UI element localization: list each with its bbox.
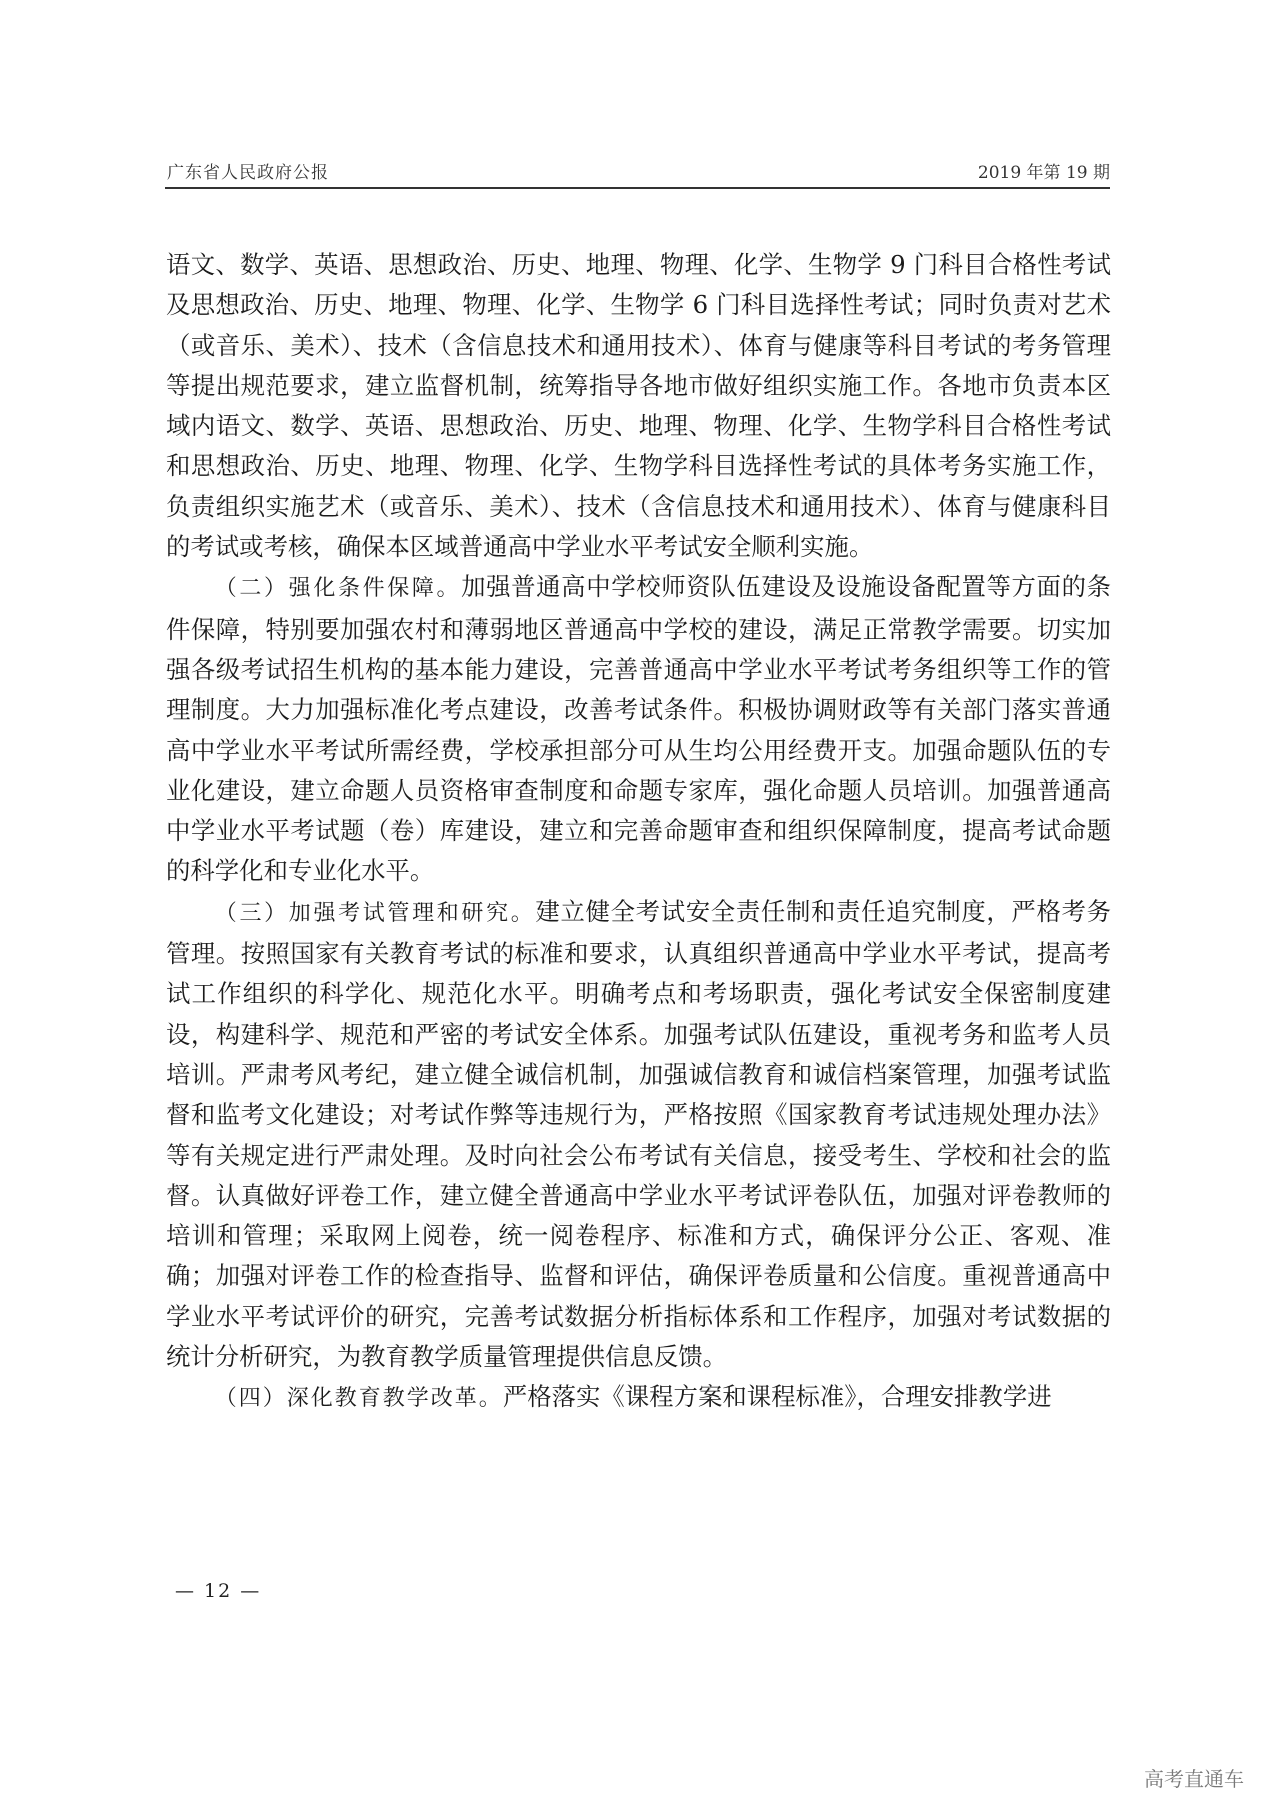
publication-title: 广东省人民政府公报 [167,158,329,183]
header-divider [165,187,1110,189]
paragraph-text: 严格落实《课程方案和课程标准》，合理安排教学进 [503,1382,1052,1411]
paragraph-continuation: 语文、数学、英语、思想政治、历史、地理、物理、化学、生物学 9 门科目合格性考试… [166,245,1111,567]
page-number: — 12 — [175,1580,261,1602]
paragraph-text: 语文、数学、英语、思想政治、历史、地理、物理、化学、生物学 9 门科目合格性考试… [166,250,1111,561]
section-heading: （四）深化教育教学改革。 [215,1386,503,1411]
running-header: 广东省人民政府公报 2019 年第 19 期 [165,158,1110,182]
paragraph-text: 建立健全考试安全责任制和责任追究制度，严格考务管理。按照国家有关教育考试的标准和… [166,897,1111,1371]
issue-number: 2019 年第 19 期 [978,158,1110,183]
paragraph-text: 加强普通高中学校师资队伍建设及设施设备配置等方面的条件保障，特别要加强农村和薄弱… [166,572,1111,885]
section-heading: （三）加强考试管理和研究。 [215,901,536,926]
paragraph-section-2: （二）强化条件保障。加强普通高中学校师资队伍建设及设施设备配置等方面的条件保障，… [166,567,1111,891]
document-body: 语文、数学、英语、思想政治、历史、地理、物理、化学、生物学 9 门科目合格性考试… [166,245,1111,1420]
section-heading: （二）强化条件保障。 [215,576,461,601]
paragraph-section-3: （三）加强考试管理和研究。建立健全考试安全责任制和责任追究制度，严格考务管理。按… [166,892,1111,1378]
watermark-label: 高考直通车 [1144,1763,1244,1792]
paragraph-section-4: （四）深化教育教学改革。严格落实《课程方案和课程标准》，合理安排教学进 [166,1377,1111,1419]
